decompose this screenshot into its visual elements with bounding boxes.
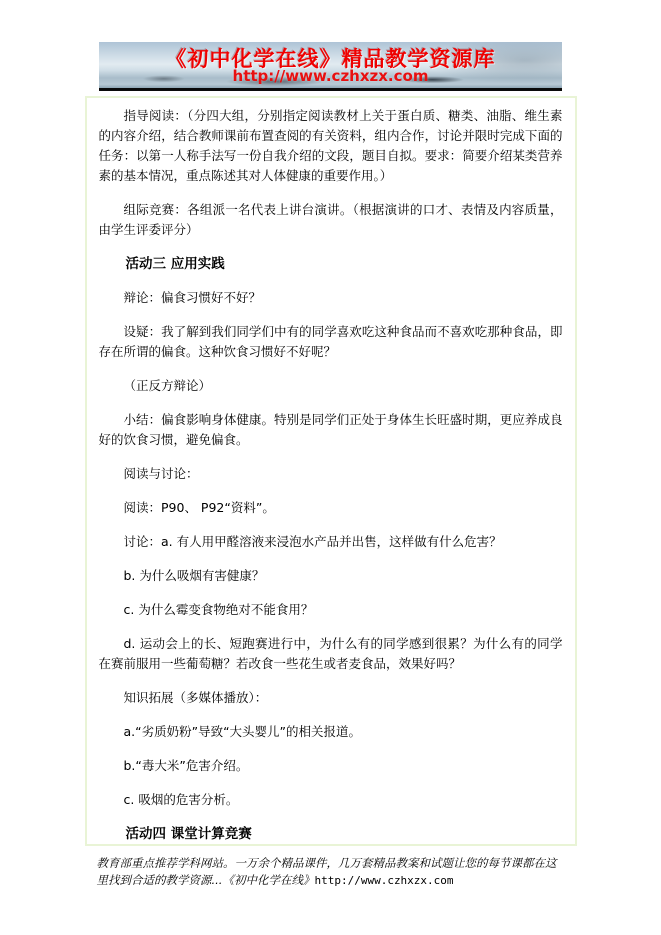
- banner-site-url: http://www.czhxzx.com: [99, 68, 562, 84]
- paragraph: 设疑：我了解到我们同学们中有的同学喜欢吃这种食品而不喜欢吃那种食品，即存在所谓的…: [99, 322, 563, 362]
- lesson-plan-content-box: 指导阅读：（分四大组，分别指定阅读教材上关于蛋白质、糖类、油脂、维生素的内容介绍…: [85, 96, 577, 846]
- paragraph-list: 指导阅读：（分四大组，分别指定阅读教材上关于蛋白质、糖类、油脂、维生素的内容介绍…: [99, 106, 563, 844]
- paragraph: 小结：偏食影响身体健康。特别是同学们正处于身体生长旺盛时期，更应养成良好的饮食习…: [99, 410, 563, 450]
- paragraph: c. 吸烟的危害分析。: [99, 790, 563, 810]
- paragraph: 阅读：P90、 P92“资料”。: [99, 498, 563, 518]
- paragraph: c. 为什么霉变食物绝对不能食用？: [99, 600, 563, 620]
- footer-site-url: http://www.czhxzx.com: [314, 874, 453, 887]
- banner-site-title: 《初中化学在线》精品教学资源库: [99, 42, 562, 70]
- paragraph: 阅读与讨论：: [99, 464, 563, 484]
- document-page: 《初中化学在线》精品教学资源库 http://www.czhxzx.com 指导…: [0, 0, 661, 935]
- paragraph: （正反方辩论）: [99, 376, 563, 396]
- section-heading: 活动三 应用实践: [99, 254, 563, 274]
- paragraph: b.“毒大米”危害介绍。: [99, 756, 563, 776]
- paragraph: 讨论：a. 有人用甲醛溶液来浸泡水产品并出售，这样做有什么危害？: [99, 532, 563, 552]
- footer: 教育部重点推荐学科网站。一万余个精品课件，几万套精品教案和试题让您的每节课都在这…: [85, 855, 577, 889]
- paragraph: 辩论：偏食习惯好不好？: [99, 288, 563, 308]
- paragraph: 指导阅读：（分四大组，分别指定阅读教材上关于蛋白质、糖类、油脂、维生素的内容介绍…: [99, 106, 563, 186]
- site-banner: 《初中化学在线》精品教学资源库 http://www.czhxzx.com: [99, 42, 562, 91]
- paragraph: a.“劣质奶粉”导致“大头婴儿”的相关报道。: [99, 722, 563, 742]
- paragraph: 知识拓展（多媒体播放）：: [99, 688, 563, 708]
- paragraph: b. 为什么吸烟有害健康？: [99, 566, 563, 586]
- paragraph: 组际竞赛：各组派一名代表上讲台演讲。（根据演讲的口才、表情及内容质量，由学生评委…: [99, 200, 563, 240]
- section-heading: 活动四 课堂计算竞赛: [99, 824, 563, 844]
- paragraph: d. 运动会上的长、短跑赛进行中，为什么有的同学感到很累？为什么有的同学在赛前服…: [99, 634, 563, 674]
